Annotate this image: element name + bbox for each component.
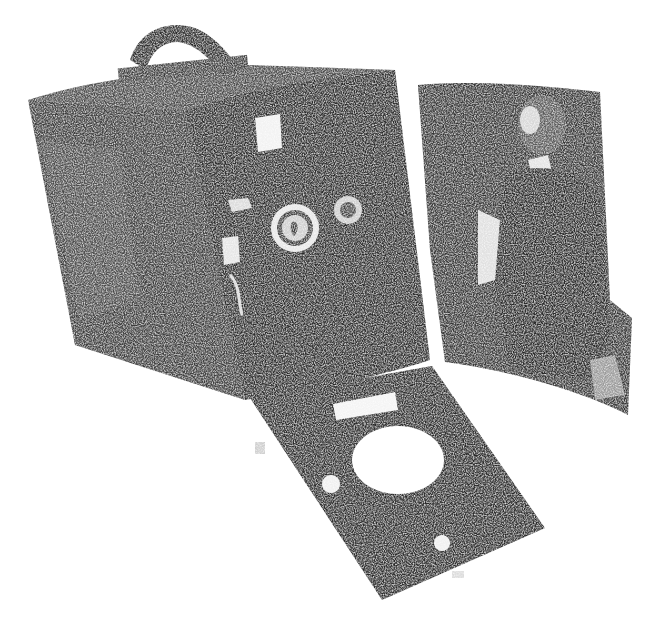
lens-aperture-hole bbox=[352, 426, 444, 494]
screw-hole bbox=[322, 475, 340, 493]
side-lever bbox=[222, 236, 240, 265]
portrait-photograph bbox=[418, 83, 632, 415]
man-suit bbox=[490, 168, 610, 380]
screw-hole bbox=[434, 535, 450, 551]
box-camera bbox=[28, 25, 430, 400]
clasp bbox=[452, 571, 464, 578]
camera-front-panel bbox=[250, 366, 545, 600]
viewfinder-window bbox=[255, 114, 282, 152]
photo-canvas bbox=[0, 0, 662, 629]
